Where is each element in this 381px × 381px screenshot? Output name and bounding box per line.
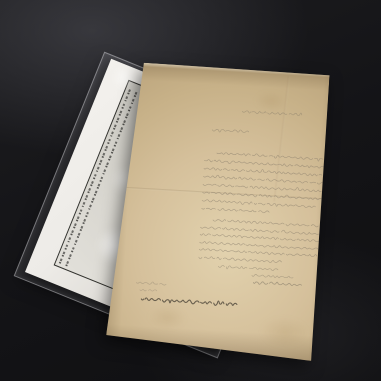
- handwritten-letter: [97, 61, 337, 365]
- letter-script-strokes: [97, 61, 337, 365]
- photo-scene: [0, 0, 381, 381]
- letter-layer: [0, 0, 381, 381]
